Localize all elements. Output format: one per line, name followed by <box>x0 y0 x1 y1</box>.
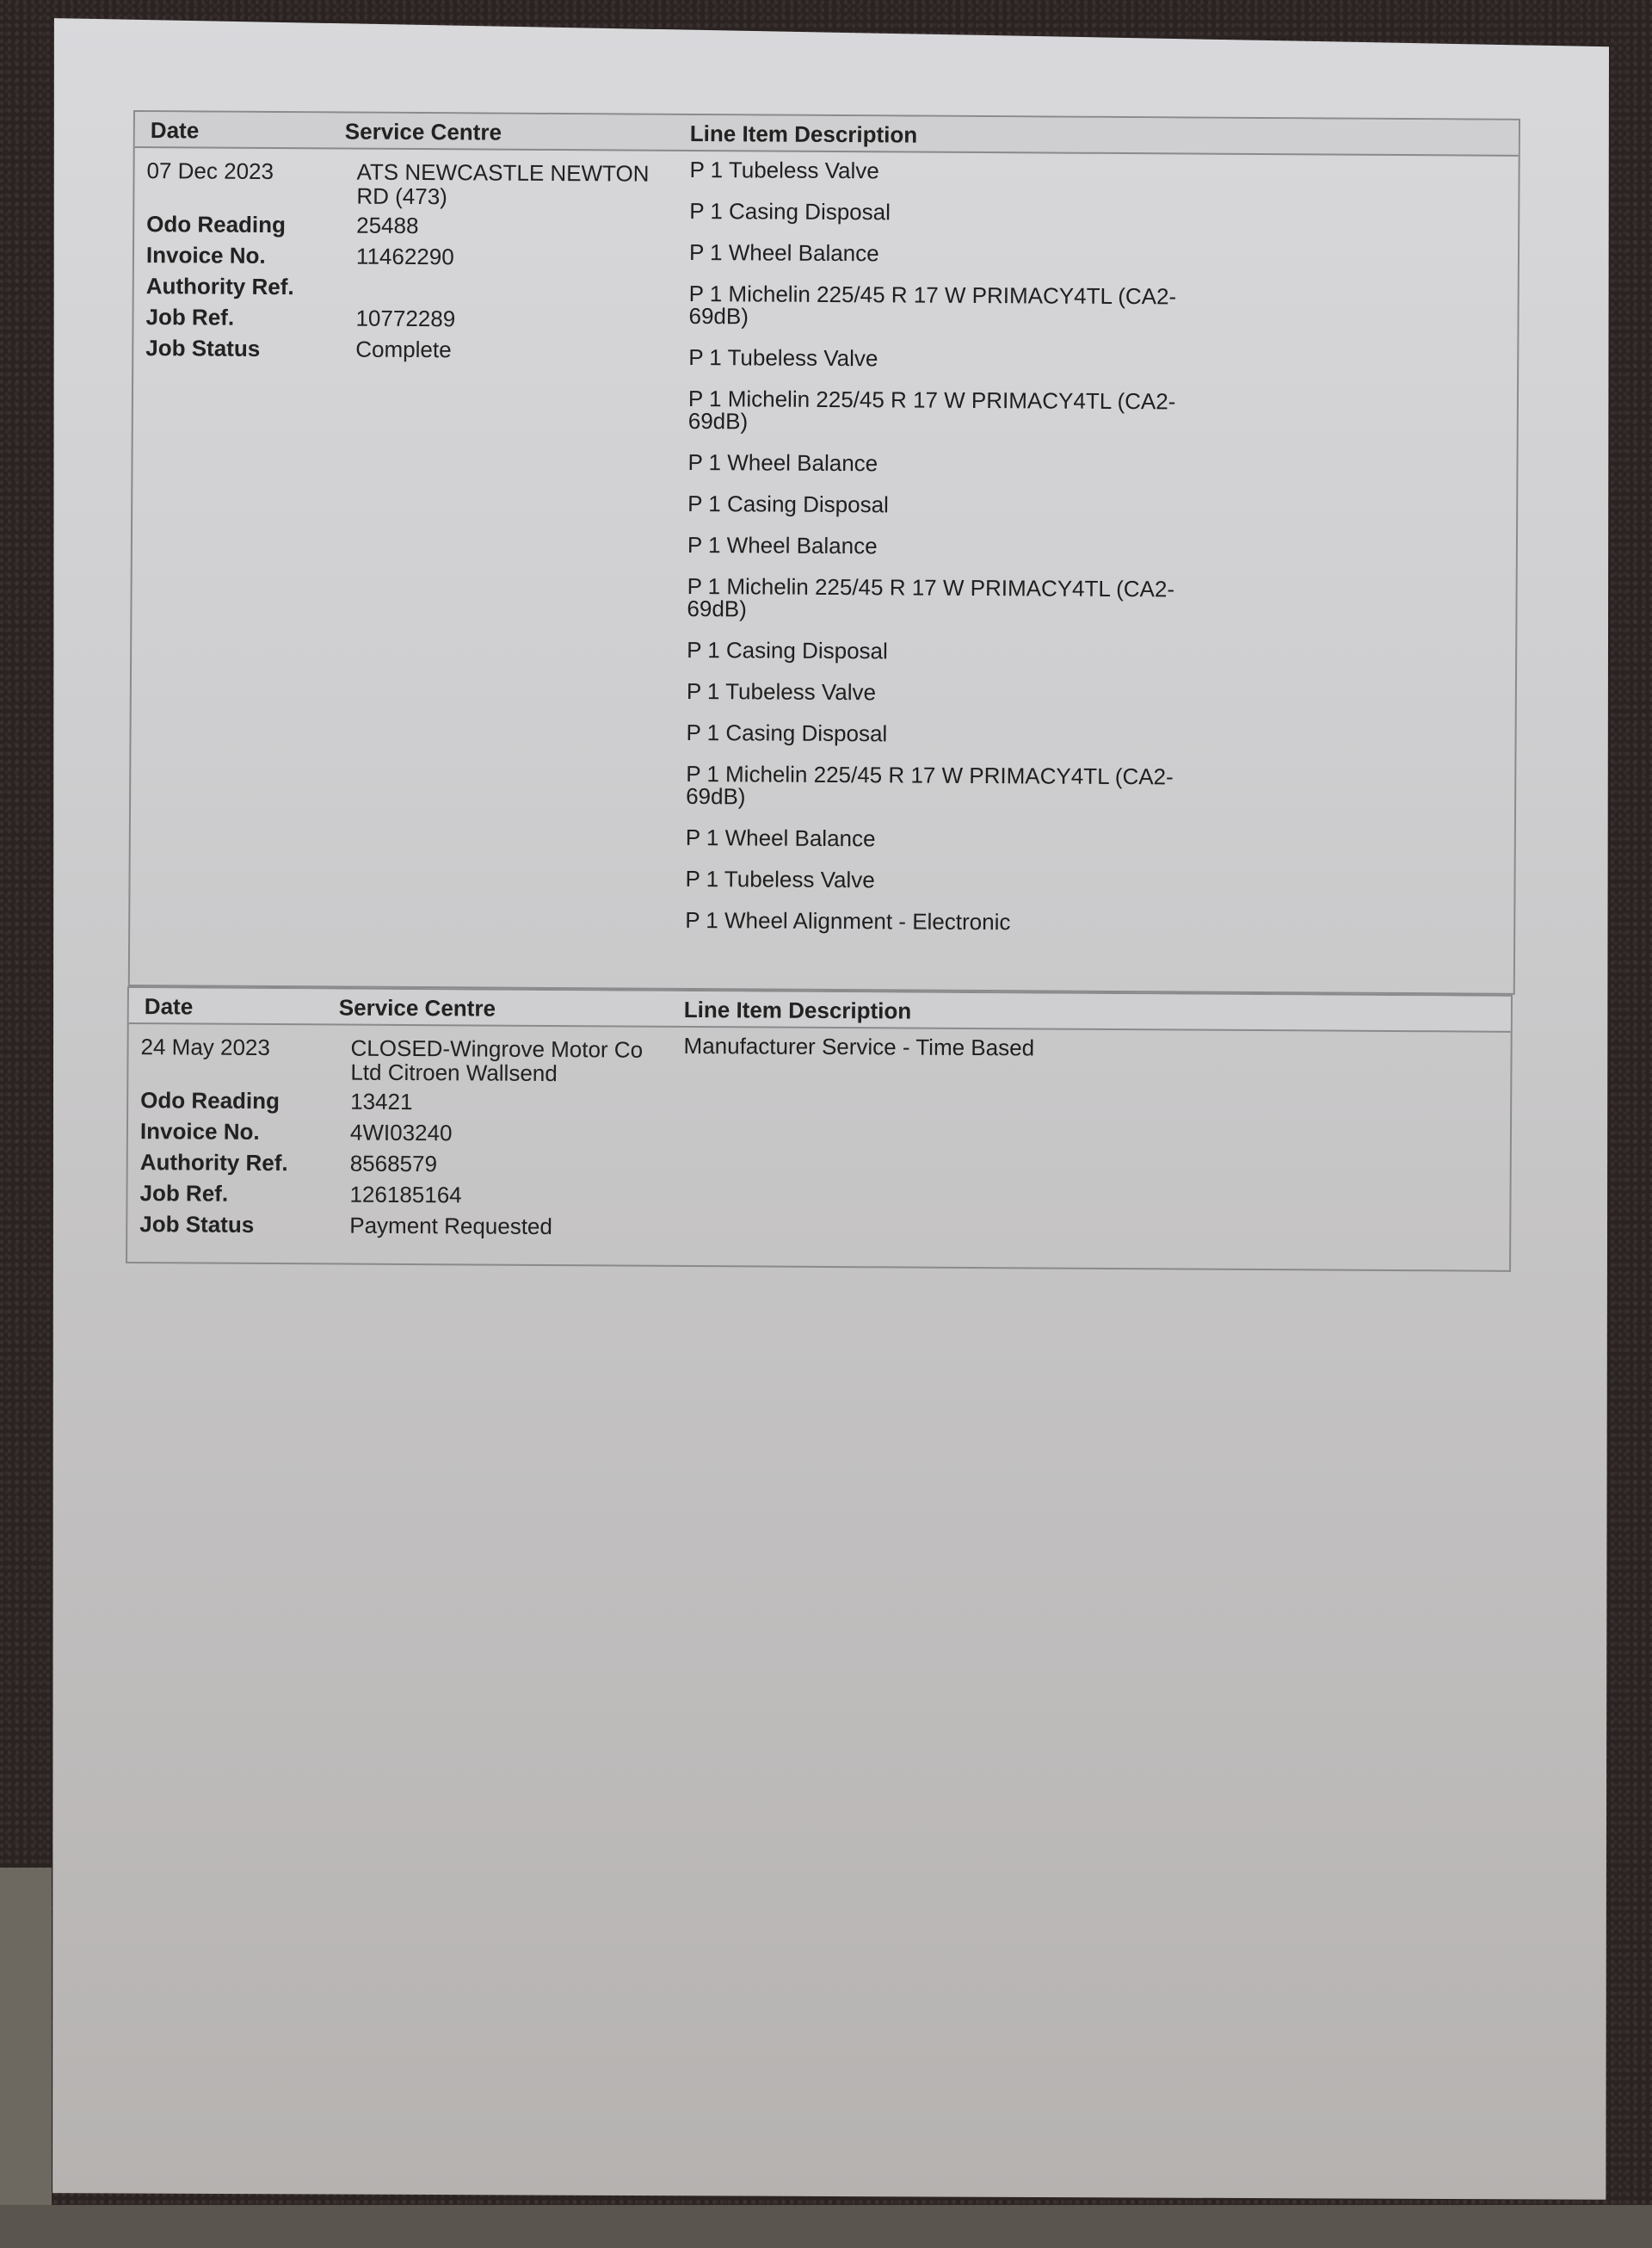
job-ref-label: Job Ref. <box>139 1177 349 1209</box>
line-item: P 1 Michelin 225/45 R 17 W PRIMACY4TL (C… <box>688 282 1222 330</box>
invoice-no-label: Invoice No. <box>146 239 356 271</box>
authority-ref-value: 8568579 <box>350 1148 669 1181</box>
job-ref-value: 10772289 <box>355 303 674 336</box>
invoice-no-row: Invoice No. 4WI03240 <box>140 1115 674 1150</box>
line-item: P 1 Casing Disposal <box>689 200 1223 225</box>
line-item-list: Manufacturer Service - Time Based <box>684 1034 1217 1060</box>
record-date: 24 May 2023 <box>140 1031 350 1084</box>
odo-reading-label: Odo Reading <box>146 208 356 240</box>
header-date: Date <box>145 993 194 1020</box>
invoice-no-value: 4WI03240 <box>350 1117 669 1150</box>
line-item: P 1 Wheel Balance <box>689 241 1223 267</box>
job-status-label: Job Status <box>139 1208 349 1240</box>
job-ref-value: 126185164 <box>349 1179 668 1212</box>
line-item: P 1 Wheel Alignment - Electronic <box>685 909 1218 935</box>
odo-reading-value: 13421 <box>350 1086 669 1119</box>
service-record-table-1: Date Service Centre Line Item Descriptio… <box>128 110 1520 995</box>
record-date: 07 Dec 2023 <box>146 155 356 207</box>
header-service-centre: Service Centre <box>345 119 502 146</box>
odo-reading-value: 25488 <box>356 210 675 243</box>
line-item-list: P 1 Tubeless ValveP 1 Casing DisposalP 1… <box>685 158 1224 954</box>
line-item: P 1 Tubeless Valve <box>685 868 1218 893</box>
authority-ref-label: Authority Ref. <box>140 1146 350 1178</box>
line-item: P 1 Wheel Balance <box>686 826 1219 852</box>
line-item: P 1 Wheel Balance <box>687 451 1221 477</box>
job-ref-row: Job Ref. 10772289 <box>145 301 679 336</box>
line-item: Manufacturer Service - Time Based <box>684 1034 1217 1060</box>
line-item: P 1 Casing Disposal <box>687 639 1220 664</box>
job-ref-label: Job Ref. <box>145 301 355 333</box>
line-item: P 1 Michelin 225/45 R 17 W PRIMACY4TL (C… <box>686 763 1219 811</box>
line-item: P 1 Tubeless Valve <box>687 680 1220 706</box>
record-date-row: 24 May 2023 CLOSED-Wingrove Motor Co Ltd… <box>140 1031 674 1086</box>
header-line-item-description: Line Item Description <box>690 120 918 149</box>
header-date: Date <box>151 117 200 144</box>
record-service-centre: CLOSED-Wingrove Motor Co Ltd Citroen Wal… <box>350 1033 669 1086</box>
odo-reading-label: Odo Reading <box>140 1084 350 1116</box>
authority-ref-label: Authority Ref. <box>146 270 356 302</box>
line-item: P 1 Tubeless Valve <box>688 346 1222 372</box>
invoice-no-value: 11462290 <box>356 241 675 274</box>
header-service-centre: Service Centre <box>339 995 496 1022</box>
floor-background-bottom <box>0 2205 1652 2248</box>
invoice-no-row: Invoice No. 11462290 <box>146 239 680 274</box>
job-ref-row: Job Ref. 126185164 <box>139 1177 673 1212</box>
line-item: P 1 Tubeless Valve <box>690 158 1224 184</box>
authority-ref-row: Authority Ref. 8568579 <box>140 1146 674 1181</box>
service-record-table-2: Date Service Centre Line Item Descriptio… <box>126 986 1513 1272</box>
table-header: Date Service Centre Line Item Descriptio… <box>135 112 1519 157</box>
job-status-value: Complete <box>355 334 674 367</box>
record-date-row: 07 Dec 2023 ATS NEWCASTLE NEWTON RD (473… <box>146 155 680 210</box>
authority-ref-value <box>356 272 675 305</box>
invoice-no-label: Invoice No. <box>140 1115 350 1147</box>
job-status-value: Payment Requested <box>349 1210 668 1243</box>
line-item: P 1 Michelin 225/45 R 17 W PRIMACY4TL (C… <box>687 575 1220 623</box>
record-service-centre: ATS NEWCASTLE NEWTON RD (473) <box>356 157 675 210</box>
job-status-row: Job Status Complete <box>145 332 679 367</box>
record-details: 07 Dec 2023 ATS NEWCASTLE NEWTON RD (473… <box>145 155 680 367</box>
line-item: P 1 Wheel Balance <box>687 534 1221 559</box>
table-header: Date Service Centre Line Item Descriptio… <box>129 988 1511 1033</box>
floor-background <box>0 1868 52 2248</box>
job-status-row: Job Status Payment Requested <box>139 1208 673 1243</box>
header-line-item-description: Line Item Description <box>684 997 912 1025</box>
job-status-label: Job Status <box>145 332 355 364</box>
odo-reading-row: Odo Reading 13421 <box>140 1084 674 1119</box>
authority-ref-row: Authority Ref. <box>146 270 680 305</box>
line-item: P 1 Casing Disposal <box>687 492 1221 518</box>
line-item: P 1 Michelin 225/45 R 17 W PRIMACY4TL (C… <box>688 387 1222 435</box>
line-item: P 1 Casing Disposal <box>687 721 1220 747</box>
odo-reading-row: Odo Reading 25488 <box>146 208 680 243</box>
record-details: 24 May 2023 CLOSED-Wingrove Motor Co Ltd… <box>139 1031 674 1243</box>
